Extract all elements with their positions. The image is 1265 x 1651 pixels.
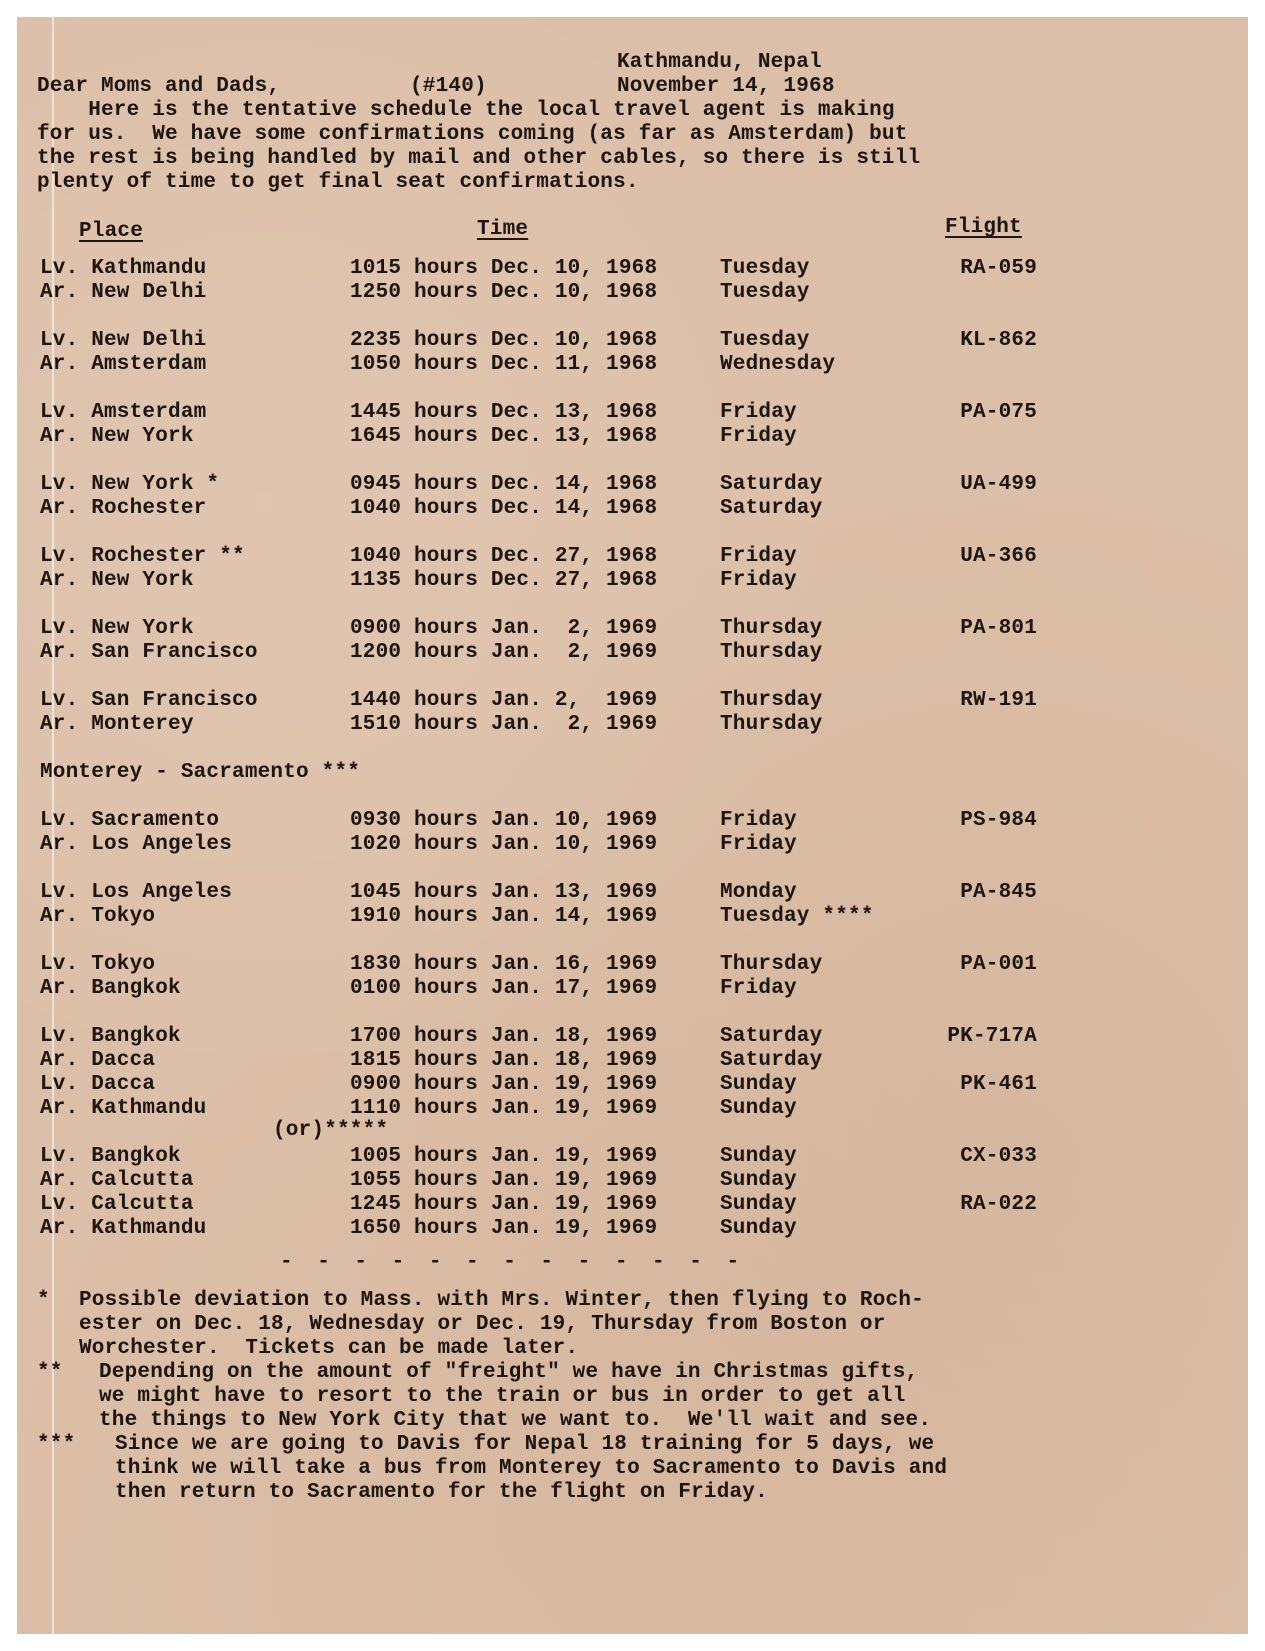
day-cell: Thursday	[720, 953, 822, 977]
flight-number-cell: KL-862	[897, 329, 1037, 353]
time-cell: 1645 hours Dec. 13, 1968	[350, 425, 657, 449]
place-cell: Ar. Calcutta	[40, 1169, 194, 1193]
sender-location: Kathmandu, Nepal	[617, 51, 822, 75]
flight-number-cell: UA-366	[897, 545, 1037, 569]
day-cell: Thursday	[720, 617, 822, 641]
place-cell: Lv. Sacramento	[40, 809, 219, 833]
time-cell: 1015 hours Dec. 10, 1968	[350, 257, 657, 281]
day-cell: Friday	[720, 545, 797, 569]
flight-number-cell: PA-075	[897, 401, 1037, 425]
place-cell: Lv. Rochester **	[40, 545, 245, 569]
day-cell: Wednesday	[720, 353, 835, 377]
place-cell: Ar. Kathmandu	[40, 1217, 206, 1241]
time-cell: 0900 hours Jan. 2, 1969	[350, 617, 657, 641]
footnote-line: ester on Dec. 18, Wednesday or Dec. 19, …	[79, 1313, 886, 1337]
place-cell: Ar. New York	[40, 425, 194, 449]
day-cell: Thursday	[720, 713, 822, 737]
time-cell: 1650 hours Jan. 19, 1969	[350, 1217, 657, 1241]
alternative-route-label: (or)*****	[273, 1119, 388, 1143]
place-cell: Lv. Tokyo	[40, 953, 155, 977]
day-cell: Tuesday	[720, 257, 810, 281]
day-cell: Tuesday ****	[720, 905, 874, 929]
place-cell: Ar. Monterey	[40, 713, 194, 737]
place-cell: Lv. Amsterdam	[40, 401, 206, 425]
time-cell: 1050 hours Dec. 11, 1968	[350, 353, 657, 377]
place-cell: Lv. New York *	[40, 473, 219, 497]
flight-number-cell: PS-984	[897, 809, 1037, 833]
time-cell: 2235 hours Dec. 10, 1968	[350, 329, 657, 353]
footnote-line: think we will take a bus from Monterey t…	[115, 1457, 947, 1481]
place-cell: Lv. New Delhi	[40, 329, 206, 353]
place-cell: Ar. Rochester	[40, 497, 206, 521]
flight-number-cell: RW-191	[897, 689, 1037, 713]
salutation: Dear Moms and Dads,	[37, 75, 280, 99]
day-cell: Sunday	[720, 1193, 797, 1217]
footnote-line: Since we are going to Davis for Nepal 18…	[115, 1433, 934, 1457]
footnote-marker: **	[37, 1361, 63, 1385]
footnote-marker: ***	[37, 1433, 75, 1457]
footnote-line: the things to New York City that we want…	[99, 1409, 931, 1433]
footnote-line: Possible deviation to Mass. with Mrs. Wi…	[79, 1289, 924, 1313]
day-cell: Sunday	[720, 1217, 797, 1241]
time-cell: 1815 hours Jan. 18, 1969	[350, 1049, 657, 1073]
time-cell: 0930 hours Jan. 10, 1969	[350, 809, 657, 833]
day-cell: Tuesday	[720, 281, 810, 305]
intro-line: for us. We have some confirmations comin…	[37, 123, 908, 147]
place-cell: Ar. Dacca	[40, 1049, 155, 1073]
time-cell: 1045 hours Jan. 13, 1969	[350, 881, 657, 905]
time-cell: 1005 hours Jan. 19, 1969	[350, 1145, 657, 1169]
flight-number-cell: CX-033	[897, 1145, 1037, 1169]
place-cell: Lv. Los Angeles	[40, 881, 232, 905]
footnote-line: then return to Sacramento for the flight…	[115, 1481, 768, 1505]
time-cell: 0100 hours Jan. 17, 1969	[350, 977, 657, 1001]
day-cell: Friday	[720, 833, 797, 857]
day-cell: Saturday	[720, 1049, 822, 1073]
day-cell: Sunday	[720, 1169, 797, 1193]
day-cell: Saturday	[720, 473, 822, 497]
place-cell: Lv. Kathmandu	[40, 257, 206, 281]
time-cell: 1055 hours Jan. 19, 1969	[350, 1169, 657, 1193]
flight-number-cell: PA-801	[897, 617, 1037, 641]
letter-page: Kathmandu, Nepal Dear Moms and Dads, (#1…	[17, 17, 1248, 1634]
flight-number-cell: PA-845	[897, 881, 1037, 905]
day-cell: Friday	[720, 809, 797, 833]
footnote-line: Worchester. Tickets can be made later.	[79, 1337, 578, 1361]
place-cell: Ar. New Delhi	[40, 281, 206, 305]
time-cell: 1135 hours Dec. 27, 1968	[350, 569, 657, 593]
time-cell: 0900 hours Jan. 19, 1969	[350, 1073, 657, 1097]
day-cell: Sunday	[720, 1073, 797, 1097]
place-cell: Lv. New York	[40, 617, 194, 641]
letter-number: (#140)	[410, 75, 487, 99]
time-cell: 1200 hours Jan. 2, 1969	[350, 641, 657, 665]
intro-line: Here is the tentative schedule the local…	[37, 99, 895, 123]
day-cell: Sunday	[720, 1097, 797, 1121]
time-cell: 1040 hours Dec. 14, 1968	[350, 497, 657, 521]
place-cell: Ar. Tokyo	[40, 905, 155, 929]
place-cell: Lv. San Francisco	[40, 689, 258, 713]
place-cell: Lv. Bangkok	[40, 1145, 181, 1169]
day-cell: Tuesday	[720, 329, 810, 353]
time-cell: 1245 hours Jan. 19, 1969	[350, 1193, 657, 1217]
place-cell: Lv. Calcutta	[40, 1193, 194, 1217]
letter-date: November 14, 1968	[617, 75, 835, 99]
place-cell: Ar. New York	[40, 569, 194, 593]
place-cell: Ar. Kathmandu	[40, 1097, 206, 1121]
flight-number-cell: PA-001	[897, 953, 1037, 977]
flight-number-cell: RA-022	[897, 1193, 1037, 1217]
day-cell: Monday	[720, 881, 797, 905]
footnote-marker: *	[37, 1289, 50, 1313]
day-cell: Sunday	[720, 1145, 797, 1169]
place-cell: Ar. Bangkok	[40, 977, 181, 1001]
time-cell: 1830 hours Jan. 16, 1969	[350, 953, 657, 977]
route-note: Monterey - Sacramento ***	[40, 761, 360, 785]
footnote-line: we might have to resort to the train or …	[99, 1385, 906, 1409]
day-cell: Friday	[720, 977, 797, 1001]
time-cell: 1440 hours Jan. 2, 1969	[350, 689, 657, 713]
flight-number-cell: RA-059	[897, 257, 1037, 281]
time-cell: 1040 hours Dec. 27, 1968	[350, 545, 657, 569]
time-cell: 1445 hours Dec. 13, 1968	[350, 401, 657, 425]
intro-line: plenty of time to get final seat confirm…	[37, 171, 639, 195]
flight-number-cell: UA-499	[897, 473, 1037, 497]
day-cell: Thursday	[720, 641, 822, 665]
place-cell: Ar. Los Angeles	[40, 833, 232, 857]
time-cell: 1110 hours Jan. 19, 1969	[350, 1097, 657, 1121]
time-cell: 1700 hours Jan. 18, 1969	[350, 1025, 657, 1049]
footnote-line: Depending on the amount of "freight" we …	[99, 1361, 918, 1385]
day-cell: Thursday	[720, 689, 822, 713]
time-cell: 1020 hours Jan. 10, 1969	[350, 833, 657, 857]
place-cell: Lv. Bangkok	[40, 1025, 181, 1049]
day-cell: Friday	[720, 569, 797, 593]
time-cell: 0945 hours Dec. 14, 1968	[350, 473, 657, 497]
flight-number-cell: PK-461	[897, 1073, 1037, 1097]
place-cell: Ar. Amsterdam	[40, 353, 206, 377]
flight-number-cell: PK-717A	[897, 1025, 1037, 1049]
time-cell: 1910 hours Jan. 14, 1969	[350, 905, 657, 929]
day-cell: Friday	[720, 401, 797, 425]
day-cell: Saturday	[720, 1025, 822, 1049]
separator-line: - - - - - - - - - - - - -	[280, 1251, 745, 1275]
time-cell: 1250 hours Dec. 10, 1968	[350, 281, 657, 305]
place-cell: Ar. San Francisco	[40, 641, 258, 665]
place-cell: Lv. Dacca	[40, 1073, 155, 1097]
day-cell: Saturday	[720, 497, 822, 521]
column-header-flight: Flight	[945, 216, 1022, 240]
day-cell: Friday	[720, 425, 797, 449]
intro-line: the rest is being handled by mail and ot…	[37, 147, 920, 171]
time-cell: 1510 hours Jan. 2, 1969	[350, 713, 657, 737]
column-header-time: Time	[477, 218, 528, 242]
column-header-place: Place	[79, 220, 143, 244]
